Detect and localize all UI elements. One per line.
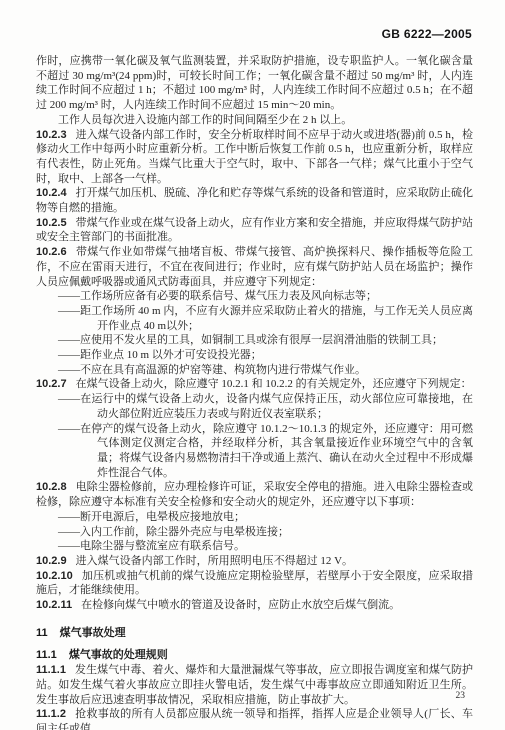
clause-10-2-8: 10.2.8电除尘器检修前，应办理检修许可证，采取安全停电的措施。进入电除尘器检…: [36, 480, 473, 509]
clause-number: 10.2.10: [36, 570, 73, 582]
document-body: 作时，应携带一氧化碳及氧气监测装置，并采取防护措施，设专职监护人。一氧化碳含量不…: [36, 54, 473, 730]
list-item: ——工作场所应备有必要的联系信号、煤气压力表及风向标志等；: [36, 289, 473, 304]
clause-10-2-6: 10.2.6带煤气作业如带煤气抽堵盲板、带煤气接管、高炉换探料尺、操作插板等危险…: [36, 245, 473, 289]
list-item: ——在停产的煤气设备上动火，除应遵守 10.1.2～10.1.3 的规定外，还应…: [36, 422, 473, 481]
standard-number: GB 6222—2005: [382, 27, 472, 41]
document-page: GB 6222—2005 作时，应携带一氧化碳及氧气监测装置，并采取防护措施，设…: [0, 0, 505, 730]
clause-text: 在检修向煤气中喷水的管道及设备时，应防止水放空后煤气倒流。: [81, 599, 400, 611]
paragraph-indented: 工作人员每次进入设施内部工作的时间间隔至少在 2 h 以上。: [36, 113, 473, 128]
list-item: ——距工作场所 40 m 内，不应有火源并应采取防止着火的措施，与工作无关人员应…: [36, 304, 473, 333]
list-item: ——应使用不发火星的工具，如铜制工具或涂有很厚一层润滑油脂的铁制工具；: [36, 333, 473, 348]
clause-10-2-9: 10.2.9进入煤气设备内部工作时，所用照明电压不得超过 12 V。: [36, 554, 473, 569]
clause-number: 10.2.7: [36, 378, 67, 390]
clause-number: 10.2.6: [36, 246, 67, 258]
list-item: ——入内工作前，除尘器外壳应与电晕极连接；: [36, 525, 473, 540]
clause-text: 加压机或抽气机前的煤气设施应定期检验壁厚，若壁厚小于安全限度，应采取措施后，才能…: [36, 570, 473, 597]
section-number: 11: [36, 627, 48, 639]
clause-number: 10.2.8: [36, 481, 67, 493]
clause-10-2-3: 10.2.3进入煤气设备内部工作时，安全分析取样时间不应早于动火或进塔(器)前 …: [36, 128, 473, 187]
clause-10-2-4: 10.2.4打开煤气加压机、脱硫、净化和贮存等煤气系统的设备和管道时，应采取防止…: [36, 186, 473, 215]
clause-10-2-10: 10.2.10加压机或抽气机前的煤气设施应定期检验壁厚，若壁厚小于安全限度，应采…: [36, 569, 473, 598]
clause-text: 在煤气设备上动火，除应遵守 10.2.1 和 10.2.2 的有关规定外，还应遵…: [76, 378, 472, 390]
clause-text: 进入煤气设备内部工作时，所用照明电压不得超过 12 V。: [76, 555, 353, 567]
clause-text: 带煤气作业或在煤气设备上动火，应有作业方案和安全措施，并应取得煤气防护站或安全主…: [36, 217, 473, 244]
clause-text: 进入煤气设备内部工作时，安全分析取样时间不应早于动火或进塔(器)前 0.5 h，…: [36, 129, 473, 185]
clause-number: 10.2.9: [36, 555, 67, 567]
clause-text: 带煤气作业如带煤气抽堵盲板、带煤气接管、高炉换探料尺、操作插板等危险工作，不应在…: [36, 246, 473, 287]
clause-text: 抢救事故的所有人员都应服从统一领导和指挥，指挥人应是企业领导人(厂长、车间主任或…: [36, 708, 473, 730]
clause-10-2-7: 10.2.7在煤气设备上动火，除应遵守 10.2.1 和 10.2.2 的有关规…: [36, 377, 473, 392]
page-header: GB 6222—2005: [0, 0, 505, 41]
clause-11-1-1: 11.1.1发生煤气中毒、着火、爆炸和大量泄漏煤气等事故，应立即报告调度室和煤气…: [36, 663, 473, 707]
subsection-title: 煤气事故的处理规则: [69, 649, 168, 661]
clause-text: 打开煤气加压机、脱硫、净化和贮存等煤气系统的设备和管道时，应采取防止硫化物等自燃…: [36, 187, 473, 214]
clause-text: 发生煤气中毒、着火、爆炸和大量泄漏煤气等事故，应立即报告调度室和煤气防护站。如发…: [36, 664, 473, 705]
clause-number: 10.2.5: [36, 217, 67, 229]
section-title: 煤气事故处理: [60, 627, 126, 639]
clause-10-2-11: 10.2.11在检修向煤气中喷水的管道及设备时，应防止水放空后煤气倒流。: [36, 598, 473, 613]
clause-number: 10.2.4: [36, 187, 67, 199]
list-item: ——距作业点 10 m 以外才可安设投光器；: [36, 348, 473, 363]
clause-number: 11.1.2: [36, 708, 66, 720]
list-item: ——在运行中的煤气设备上动火，设备内煤气应保持正压，动火部位应可靠接地，在动火部…: [36, 392, 473, 421]
list-item: ——不应在具有高温源的炉窑等建、构筑物内进行带煤气作业。: [36, 363, 473, 378]
page-number: 23: [456, 691, 466, 701]
paragraph-continuation: 作时，应携带一氧化碳及氧气监测装置，并采取防护措施，设专职监护人。一氧化碳含量不…: [36, 54, 473, 113]
list-item: ——断开电源后，电晕极应接地放电；: [36, 510, 473, 525]
clause-10-2-5: 10.2.5带煤气作业或在煤气设备上动火，应有作业方案和安全措施，并应取得煤气防…: [36, 216, 473, 245]
section-heading-11: 11煤气事故处理: [36, 626, 473, 641]
clause-number: 10.2.11: [36, 599, 72, 611]
list-item: ——电除尘器与整流室应有联系信号。: [36, 539, 473, 554]
clause-number: 10.2.3: [36, 129, 67, 141]
subsection-number: 11.1: [36, 649, 57, 661]
subsection-heading-11-1: 11.1煤气事故的处理规则: [36, 648, 473, 663]
clause-text: 电除尘器检修前，应办理检修许可证，采取安全停电的措施。进入电除尘器检查或检修，除…: [36, 481, 473, 508]
clause-11-1-2: 11.1.2抢救事故的所有人员都应服从统一领导和指挥，指挥人应是企业领导人(厂长…: [36, 707, 473, 730]
clause-number: 11.1.1: [36, 664, 66, 676]
